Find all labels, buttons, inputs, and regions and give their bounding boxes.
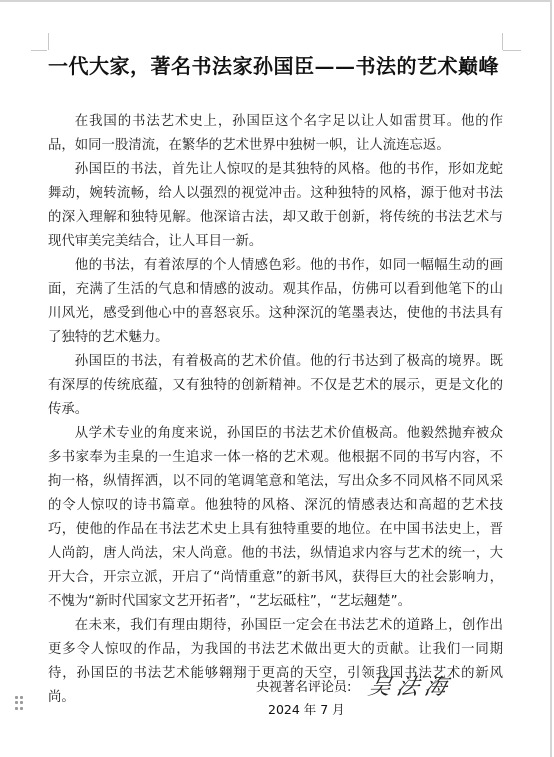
margin-corner-mark-top-left-vertical bbox=[48, 33, 49, 50]
paragraph[interactable]: 孙国臣的书法，首先让人惊叹的是其独特的风格。他的书作，形如龙蛇舞动，婉转流畅，给… bbox=[48, 158, 503, 254]
signature-block: 央视著名评论员: 吴法海 bbox=[256, 670, 453, 700]
document-date: 2024 年 7 月 bbox=[268, 700, 345, 718]
signature-label: 央视著名评论员: bbox=[256, 676, 351, 695]
paragraph[interactable]: 从学术专业的角度来说，孙国臣的书法艺术价值极高。他毅然抛弃被众多书家奉为圭臬的一… bbox=[48, 422, 503, 614]
paragraph[interactable]: 他的书法，有着浓厚的个人情感色彩。他的书作，如同一幅幅生动的画面，充满了生活的气… bbox=[48, 254, 503, 350]
margin-corner-mark-top-right-vertical bbox=[502, 33, 503, 50]
handwritten-signature: 吴法海 bbox=[366, 670, 457, 701]
margin-corner-mark-top-left bbox=[31, 50, 47, 51]
document-title: 一代大家，著名书法家孙国臣——书法的艺术巅峰 bbox=[48, 50, 504, 79]
paragraph[interactable]: 孙国臣的书法，有着极高的艺术价值。他的行书达到了极高的境界。既有深厚的传统底蕴，… bbox=[48, 350, 503, 422]
document-body[interactable]: 在我国的书法艺术史上，孙国臣这个名字足以让人如雷贯耳。他的作品，如同一股清流，在… bbox=[48, 110, 503, 710]
drag-handle-icon[interactable] bbox=[15, 696, 23, 710]
paragraph[interactable]: 在我国的书法艺术史上，孙国臣这个名字足以让人如雷贯耳。他的作品，如同一股清流，在… bbox=[48, 110, 503, 158]
margin-corner-mark-top-right bbox=[503, 50, 521, 51]
